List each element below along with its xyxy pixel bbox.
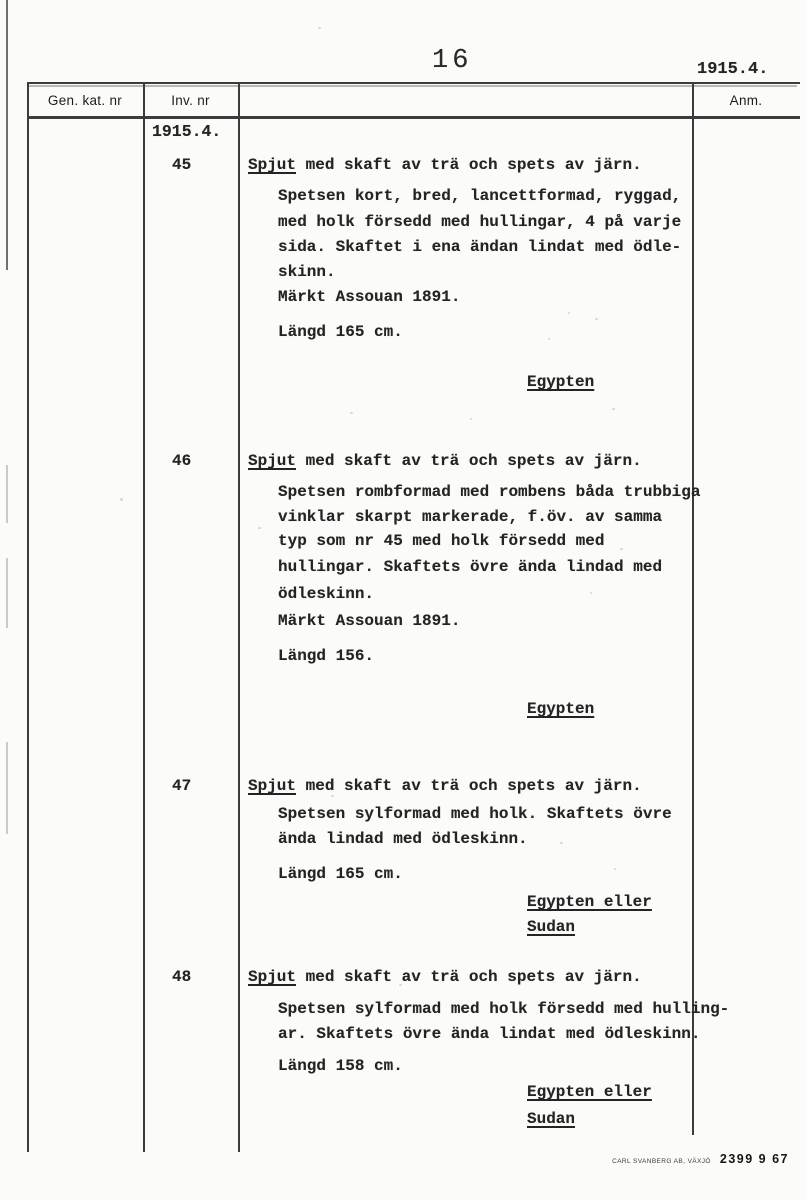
entry-title-lead: Spjut <box>248 452 296 470</box>
entry-text-line: typ som nr 45 med holk försedd med <box>278 532 604 550</box>
entry-text-line: Längd 156. <box>278 647 374 665</box>
entry-text-line: sida. Skaftet i ena ändan lindat med ödl… <box>278 238 681 256</box>
column-header-inv-nr: Inv. nr <box>143 93 238 108</box>
inv-nr-value: 46 <box>172 452 191 470</box>
inv-nr-value: 48 <box>172 968 191 986</box>
entry-title-line: Spjut med skaft av trä och spets av järn… <box>248 452 642 470</box>
inv-nr-value: 47 <box>172 777 191 795</box>
inv-nr-value: 45 <box>172 156 191 174</box>
entry-title-lead: Spjut <box>248 156 296 174</box>
entry-text-line: Spetsen rombformad med rombens båda trub… <box>278 483 700 501</box>
entry-text-line: Längd 165 cm. <box>278 865 403 883</box>
printer-footer: CARL SVANBERG AB, VÄXJÖ 2399 9 67 <box>612 1152 789 1166</box>
column-header-gen-kat-nr: Gen. kat. nr <box>27 93 143 108</box>
scan-speckle <box>590 592 592 594</box>
page-number: 16 <box>432 46 472 76</box>
inventory-year-label: 1915.4. <box>152 122 221 141</box>
year-reference: 1915.4. <box>697 60 768 79</box>
entry-text-line: med holk försedd med hullingar, 4 på var… <box>278 213 681 231</box>
scan-speckle <box>595 318 598 320</box>
entry-text-line: skinn. <box>278 263 336 281</box>
scan-speckle <box>318 27 321 29</box>
entry-text-line: hullingar. Skaftets övre ända lindad med <box>278 558 662 576</box>
page-edge-line <box>6 558 8 628</box>
entry-text-line: vinklar skarpt markerade, f.öv. av samma <box>278 508 662 526</box>
scan-speckle <box>258 527 261 529</box>
entry-text-line: Längd 158 cm. <box>278 1057 403 1075</box>
scan-speckle <box>620 548 623 550</box>
provenance-line: Egypten <box>527 700 594 718</box>
provenance-line: Egypten eller <box>527 1083 652 1101</box>
provenance-line: Egypten <box>527 373 594 391</box>
entry-text-line: Spetsen sylformad med holk. Skaftets övr… <box>278 805 672 823</box>
page-edge-line <box>6 0 8 270</box>
table-left-border <box>27 83 29 1152</box>
entry-text-line: Spetsen sylformad med holk försedd med h… <box>278 1000 729 1018</box>
scan-speckle <box>331 795 334 797</box>
printer-code: 2399 9 67 <box>720 1152 789 1166</box>
catalog-page: 16 1915.4. Gen. kat. nr Inv. nr Anm. 191… <box>0 0 807 1200</box>
provenance-line: Sudan <box>527 1110 575 1128</box>
col-divider-anm <box>692 83 694 1135</box>
entry-text-line: Spetsen kort, bred, lancettformad, rygga… <box>278 187 681 205</box>
entry-title-line: Spjut med skaft av trä och spets av järn… <box>248 156 642 174</box>
entry-text-line: Längd 165 cm. <box>278 323 403 341</box>
entry-text-line: ar. Skaftets övre ända lindat med ödlesk… <box>278 1025 700 1043</box>
col-divider-genkat-inv <box>143 83 145 1152</box>
scan-speckle <box>548 338 550 340</box>
col-divider-inv-text <box>238 83 240 1152</box>
scan-speckle <box>614 868 616 870</box>
scan-speckle <box>470 418 472 420</box>
scan-speckle <box>120 498 123 501</box>
entry-title-lead: Spjut <box>248 777 296 795</box>
entry-title-line: Spjut med skaft av trä och spets av järn… <box>248 777 642 795</box>
entry-text-line: Märkt Assouan 1891. <box>278 288 460 306</box>
scan-speckle <box>350 412 353 414</box>
scan-speckle <box>560 842 563 844</box>
entry-text-line: ända lindad med ödleskinn. <box>278 830 528 848</box>
provenance-line: Sudan <box>527 918 575 936</box>
printer-name: CARL SVANBERG AB, VÄXJÖ <box>612 1158 711 1165</box>
entry-title-line: Spjut med skaft av trä och spets av järn… <box>248 968 642 986</box>
scan-speckle <box>568 312 570 314</box>
provenance-line: Egypten eller <box>527 893 652 911</box>
column-header-anm: Anm. <box>692 93 800 108</box>
entry-text-line: ödleskinn. <box>278 585 374 603</box>
scan-speckle <box>612 408 615 410</box>
scan-speckle <box>399 984 402 986</box>
page-edge-line <box>6 465 8 523</box>
entry-text-line: Märkt Assouan 1891. <box>278 612 460 630</box>
entry-title-lead: Spjut <box>248 968 296 986</box>
page-edge-line <box>6 742 8 834</box>
